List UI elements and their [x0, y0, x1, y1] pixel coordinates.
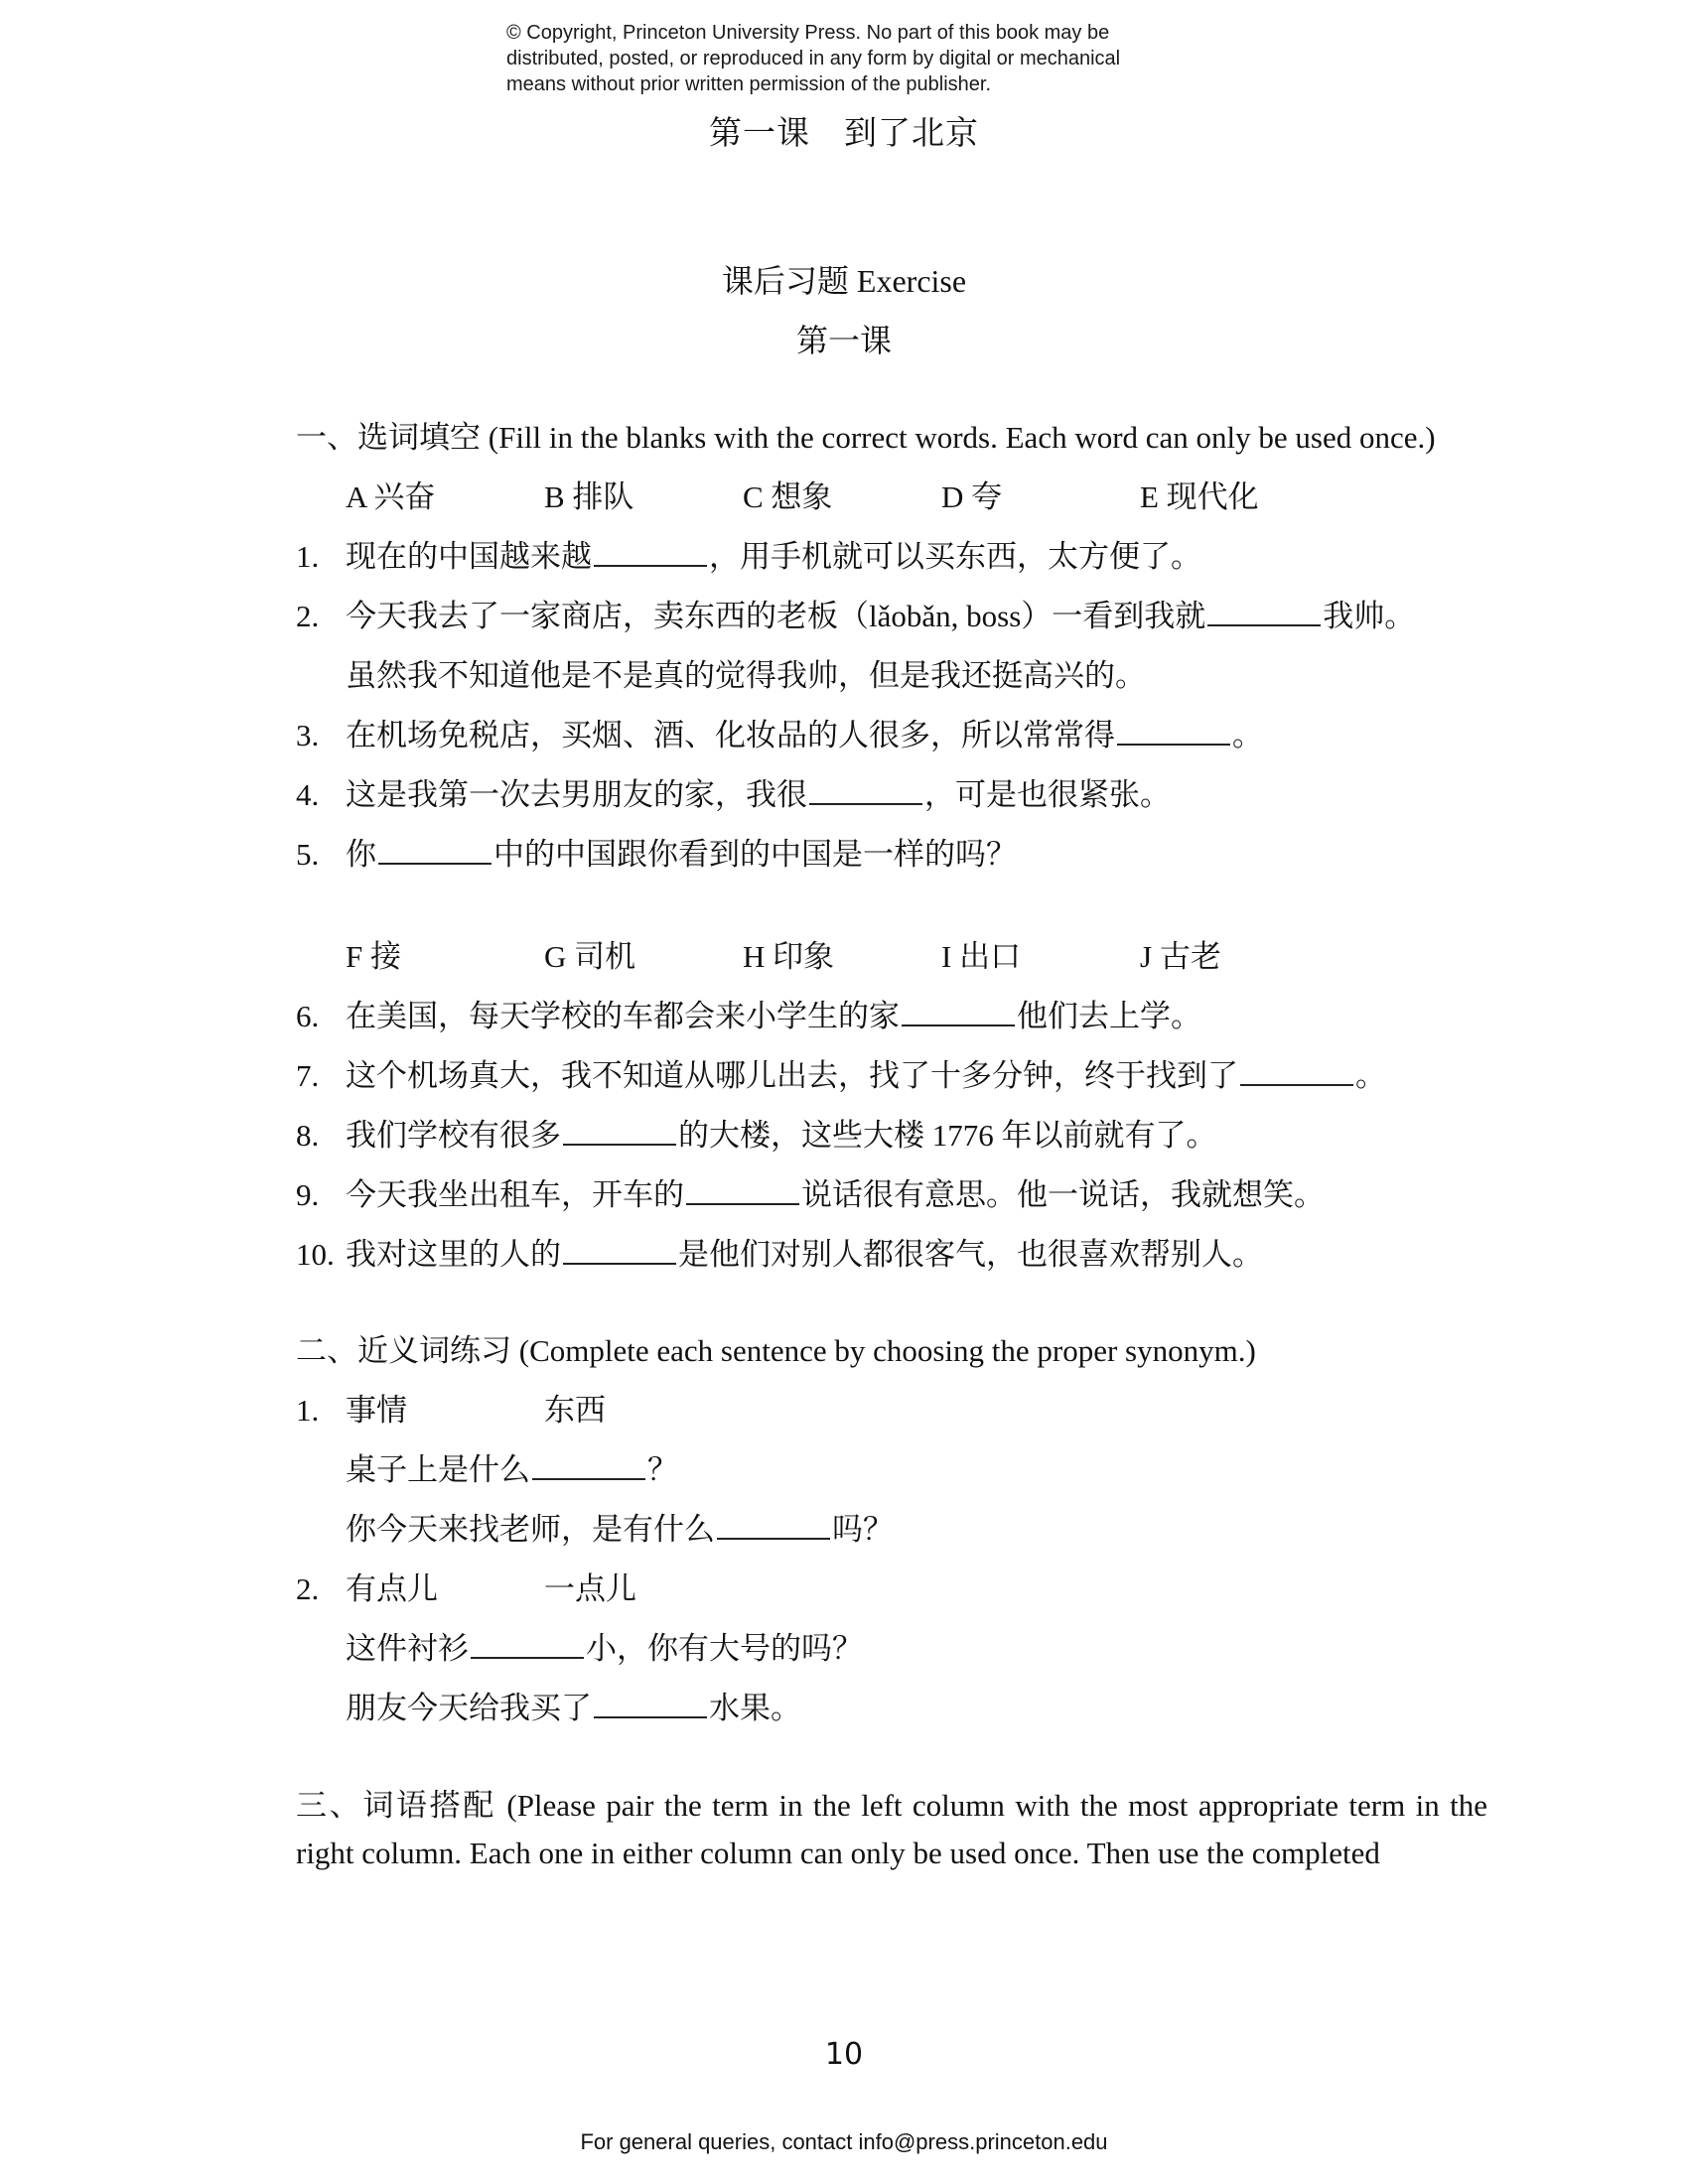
- exercise-item: 5.你中的中国跟你看到的中国是一样的吗？: [296, 829, 1017, 874]
- word-choice: J 古老: [1140, 931, 1221, 976]
- section1-heading: 一、选词填空 (Fill in the blanks with the corr…: [296, 412, 1436, 457]
- exercise-item: 3.在机场免税店，买烟、酒、化妆品的人很多，所以常常得。: [296, 710, 1263, 754]
- answer-blank[interactable]: [563, 1239, 676, 1265]
- answer-blank[interactable]: [1207, 601, 1321, 626]
- exercise-item-continuation: 虽然我不知道他是不是真的觉得我帅，但是我还挺高兴的。: [346, 650, 1146, 695]
- answer-blank[interactable]: [378, 839, 492, 865]
- synonym-option: 东西: [544, 1393, 606, 1428]
- answer-blank[interactable]: [594, 1693, 707, 1718]
- synonym-group-header: 1.事情东西: [296, 1385, 606, 1430]
- exercise-subtitle: 第一课: [0, 316, 1688, 361]
- exercise-title: 课后习题 Exercise: [0, 256, 1688, 302]
- answer-blank[interactable]: [594, 541, 707, 567]
- word-choice: A 兴奋: [346, 472, 435, 516]
- page-number: 10: [0, 2037, 1688, 2072]
- word-choice: E 现代化: [1140, 472, 1259, 516]
- copyright-line: distributed, posted, or reproduced in an…: [506, 46, 1120, 71]
- synonym-sentence: 朋友今天给我买了水果。: [346, 1683, 801, 1727]
- copyright-line: © Copyright, Princeton University Press.…: [506, 20, 1120, 46]
- word-choice: I 出口: [941, 931, 1021, 976]
- word-choice: D 夸: [941, 472, 1002, 516]
- synonym-option: 一点儿: [544, 1571, 636, 1606]
- exercise-item: 8.我们学校有很多的大楼，这些大楼 1776 年以前就有了。: [296, 1110, 1217, 1155]
- section3-heading: 三、词语搭配 (Please pair the term in the left…: [296, 1782, 1487, 1877]
- answer-blank[interactable]: [809, 779, 922, 805]
- copyright-notice: © Copyright, Princeton University Press.…: [506, 20, 1120, 97]
- copyright-line: means without prior written permission o…: [506, 71, 1120, 97]
- synonym-option: 事情: [346, 1385, 544, 1430]
- answer-blank[interactable]: [1117, 720, 1230, 746]
- synonym-option: 有点儿: [346, 1564, 544, 1608]
- exercise-item: 2.今天我去了一家商店，卖东西的老板（lǎobǎn, boss）一看到我就我帅。: [296, 591, 1415, 635]
- exercise-item: 9.今天我坐出租车，开车的说话很有意思。他一说话，我就想笑。: [296, 1169, 1325, 1214]
- synonym-group-header: 2.有点儿一点儿: [296, 1564, 636, 1608]
- answer-blank[interactable]: [471, 1633, 584, 1659]
- word-choice: B 排队: [544, 472, 633, 516]
- word-choice: F 接: [346, 931, 401, 976]
- answer-blank[interactable]: [563, 1120, 676, 1146]
- section2-heading: 二、近义词练习 (Complete each sentence by choos…: [296, 1325, 1256, 1370]
- exercise-item: 7.这个机场真大，我不知道从哪儿出去，找了十多分钟，终于找到了。: [296, 1050, 1386, 1095]
- synonym-sentence: 这件衬衫小，你有大号的吗？: [346, 1623, 863, 1668]
- answer-blank[interactable]: [532, 1454, 645, 1480]
- exercise-item: 1.现在的中国越来越，用手机就可以买东西，太方便了。: [296, 531, 1201, 576]
- lesson-title: 第一课 到了北京: [0, 107, 1688, 154]
- word-choice: H 印象: [743, 931, 834, 976]
- exercise-item: 6.在美国，每天学校的车都会来小学生的家他们去上学。: [296, 991, 1201, 1035]
- synonym-sentence: 桌子上是什么？: [346, 1444, 678, 1489]
- answer-blank[interactable]: [1240, 1060, 1353, 1086]
- answer-blank[interactable]: [717, 1514, 830, 1540]
- exercise-item: 4.这是我第一次去男朋友的家，我很，可是也很紧张。: [296, 769, 1171, 814]
- exercise-item: 10.我对这里的人的是他们对别人都很客气，也很喜欢帮别人。: [296, 1229, 1263, 1274]
- word-choice: G 司机: [544, 931, 635, 976]
- word-choice: C 想象: [743, 472, 832, 516]
- synonym-sentence: 你今天来找老师，是有什么吗？: [346, 1504, 894, 1549]
- answer-blank[interactable]: [902, 1001, 1015, 1026]
- footer-contact: For general queries, contact info@press.…: [0, 2129, 1688, 2155]
- answer-blank[interactable]: [686, 1179, 799, 1205]
